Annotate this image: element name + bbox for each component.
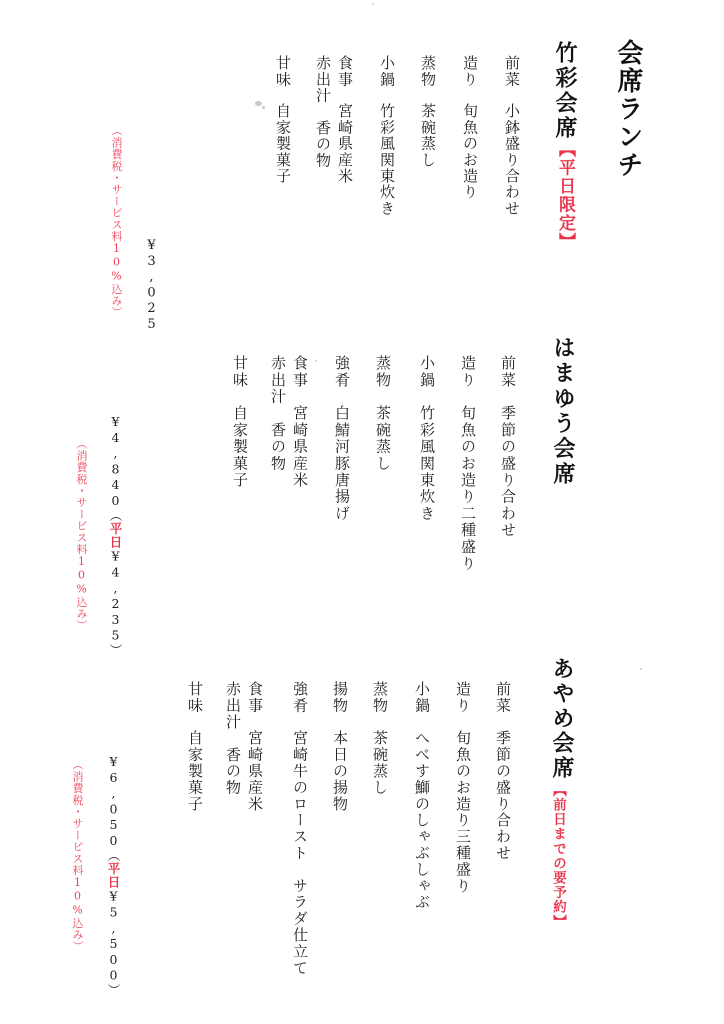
tax-included-note: （消費税・サービス料10%込み） bbox=[69, 759, 85, 952]
weekday-price: ¥4,235 bbox=[108, 548, 123, 643]
menu-item-tsukuri: 造り旬魚のお造り bbox=[460, 55, 480, 201]
menu-item-agemono: 揚物本日の揚物 bbox=[330, 681, 350, 812]
item-label: 造り bbox=[461, 55, 479, 87]
item-dish: 季節の盛り合わせ bbox=[499, 405, 517, 539]
menu-item-sides: 赤出汁 香の物 bbox=[313, 55, 333, 168]
item-label: 強肴 bbox=[333, 355, 351, 388]
item-label: 甘味 bbox=[231, 355, 249, 388]
page-title: 会席ランチ bbox=[612, 39, 644, 179]
item-label: 食事 bbox=[336, 55, 354, 87]
item-label: 造り bbox=[454, 681, 472, 714]
course-price: ¥6,050（平日¥5,500） bbox=[104, 754, 122, 997]
item-label: 甘味 bbox=[186, 681, 204, 714]
paren-close: ） bbox=[106, 983, 121, 996]
menu-item-zensai: 前菜季節の盛り合わせ bbox=[493, 681, 513, 861]
weekday-label: 平日 bbox=[108, 522, 123, 549]
item-dish: 本日の揚物 bbox=[331, 730, 349, 812]
menu-item-zensai: 前菜小鉢盛り合わせ bbox=[502, 55, 522, 217]
item-label: 揚物 bbox=[331, 681, 349, 714]
price-main: ¥4,840 bbox=[108, 414, 123, 509]
menu-item-mushimono: 蒸物茶碗蒸し bbox=[418, 55, 438, 168]
item-label: 前菜 bbox=[503, 55, 521, 87]
item-dish: 宮崎県産米 bbox=[246, 730, 264, 812]
item-dish: 竹彩風関東炊き bbox=[378, 103, 396, 216]
weekday-price: ¥5,500 bbox=[106, 888, 121, 983]
item-dish: 茶碗蒸し bbox=[419, 103, 437, 168]
course-price: ¥4,840（平日¥4,235） bbox=[106, 414, 124, 657]
item-dish: 茶碗蒸し bbox=[374, 405, 392, 472]
menu-item-mushimono: 蒸物茶碗蒸し bbox=[370, 681, 390, 796]
item-dish: 自家製菓子 bbox=[186, 730, 204, 812]
item-label: 前菜 bbox=[494, 681, 512, 714]
menu-item-kanmi: 甘味自家製菓子 bbox=[185, 681, 205, 812]
menu-item-sides: 赤出汁 香の物 bbox=[268, 355, 288, 472]
scan-speck bbox=[315, 360, 317, 362]
price-main: ¥3,025 bbox=[144, 238, 159, 333]
menu-item-konabe: 小鍋へべす鰤のしゃぶしゃぶ bbox=[412, 681, 432, 911]
course-name: あやめ会席 bbox=[548, 657, 576, 781]
item-label: 食事 bbox=[291, 355, 309, 388]
menu-item-konabe: 小鍋竹彩風関東炊き bbox=[417, 355, 437, 522]
item-label: 食事 bbox=[246, 681, 264, 714]
item-dish: 旬魚のお造り bbox=[461, 103, 479, 200]
item-dish: 自家製菓子 bbox=[274, 103, 292, 184]
paren-close: ） bbox=[108, 643, 123, 656]
item-label: 小鍋 bbox=[378, 55, 396, 87]
item-dish: 竹彩風関東炊き bbox=[418, 405, 436, 522]
course-name: はまゆう会席 bbox=[549, 336, 577, 487]
course-name: 竹彩会席 bbox=[551, 41, 579, 141]
item-label: 甘味 bbox=[274, 55, 292, 87]
scan-speck bbox=[262, 106, 265, 109]
menu-item-shokuji: 食事宮崎県産米 bbox=[335, 55, 355, 185]
weekday-only-badge: 【平日限定】 bbox=[553, 140, 577, 251]
item-label: 造り bbox=[459, 355, 477, 388]
menu-item-zensai: 前菜季節の盛り合わせ bbox=[498, 355, 518, 539]
item-label: 小鍋 bbox=[413, 681, 431, 714]
item-dish: 宮崎県産米 bbox=[336, 103, 354, 184]
menu-item-shiizakana: 強肴白鯖河豚唐揚げ bbox=[332, 355, 352, 522]
weekday-label: 平日 bbox=[106, 862, 121, 889]
tax-included-note: （消費税・サービス料10%込み） bbox=[108, 125, 124, 318]
item-dish: 季節の盛り合わせ bbox=[494, 730, 512, 861]
course-price: ¥3,025 bbox=[142, 238, 160, 333]
paren-open: （ bbox=[106, 849, 121, 862]
scan-speck bbox=[372, 3, 374, 5]
item-dish: 旬魚のお造り三種盛り bbox=[454, 730, 472, 894]
item-dish: 茶碗蒸し bbox=[371, 730, 389, 796]
item-label: 蒸物 bbox=[419, 55, 437, 87]
menu-item-sides: 赤出汁 香の物 bbox=[223, 681, 243, 796]
item-label: 蒸物 bbox=[371, 681, 389, 714]
item-dish: 宮崎県産米 bbox=[291, 405, 309, 489]
menu-item-tsukuri: 造り旬魚のお造り二種盛り bbox=[458, 355, 478, 572]
menu-item-kanmi: 甘味自家製菓子 bbox=[230, 355, 250, 489]
menu-item-shokuji: 食事宮崎県産米 bbox=[245, 681, 265, 812]
paren-open: （ bbox=[108, 509, 123, 522]
item-dish: 宮崎牛のロースト サラダ仕立て bbox=[291, 730, 309, 976]
tax-included-note: （消費税・サービス料10%込み） bbox=[73, 438, 89, 631]
scan-speck bbox=[255, 101, 262, 106]
menu-item-mushimono: 蒸物茶碗蒸し bbox=[373, 355, 393, 472]
menu-item-kanmi: 甘味自家製菓子 bbox=[273, 55, 293, 185]
item-dish: 小鉢盛り合わせ bbox=[503, 103, 521, 216]
scan-speck bbox=[640, 668, 642, 670]
menu-item-shiizakana: 強肴宮崎牛のロースト サラダ仕立て bbox=[290, 681, 310, 976]
item-label: 小鍋 bbox=[418, 355, 436, 388]
item-label: 強肴 bbox=[291, 681, 309, 714]
menu-item-konabe: 小鍋竹彩風関東炊き bbox=[377, 55, 397, 217]
price-main: ¥6,050 bbox=[106, 754, 121, 849]
menu-item-shokuji: 食事宮崎県産米 bbox=[290, 355, 310, 489]
item-label: 蒸物 bbox=[374, 355, 392, 388]
item-dish: 自家製菓子 bbox=[231, 405, 249, 489]
item-label: 前菜 bbox=[499, 355, 517, 388]
item-dish: へべす鰤のしゃぶしゃぶ bbox=[413, 730, 431, 910]
menu-item-tsukuri: 造り旬魚のお造り三種盛り bbox=[453, 681, 473, 894]
item-dish: 旬魚のお造り二種盛り bbox=[459, 405, 477, 572]
item-dish: 白鯖河豚唐揚げ bbox=[333, 405, 351, 522]
reservation-required-badge: 【前日までの要予約】 bbox=[548, 783, 568, 929]
